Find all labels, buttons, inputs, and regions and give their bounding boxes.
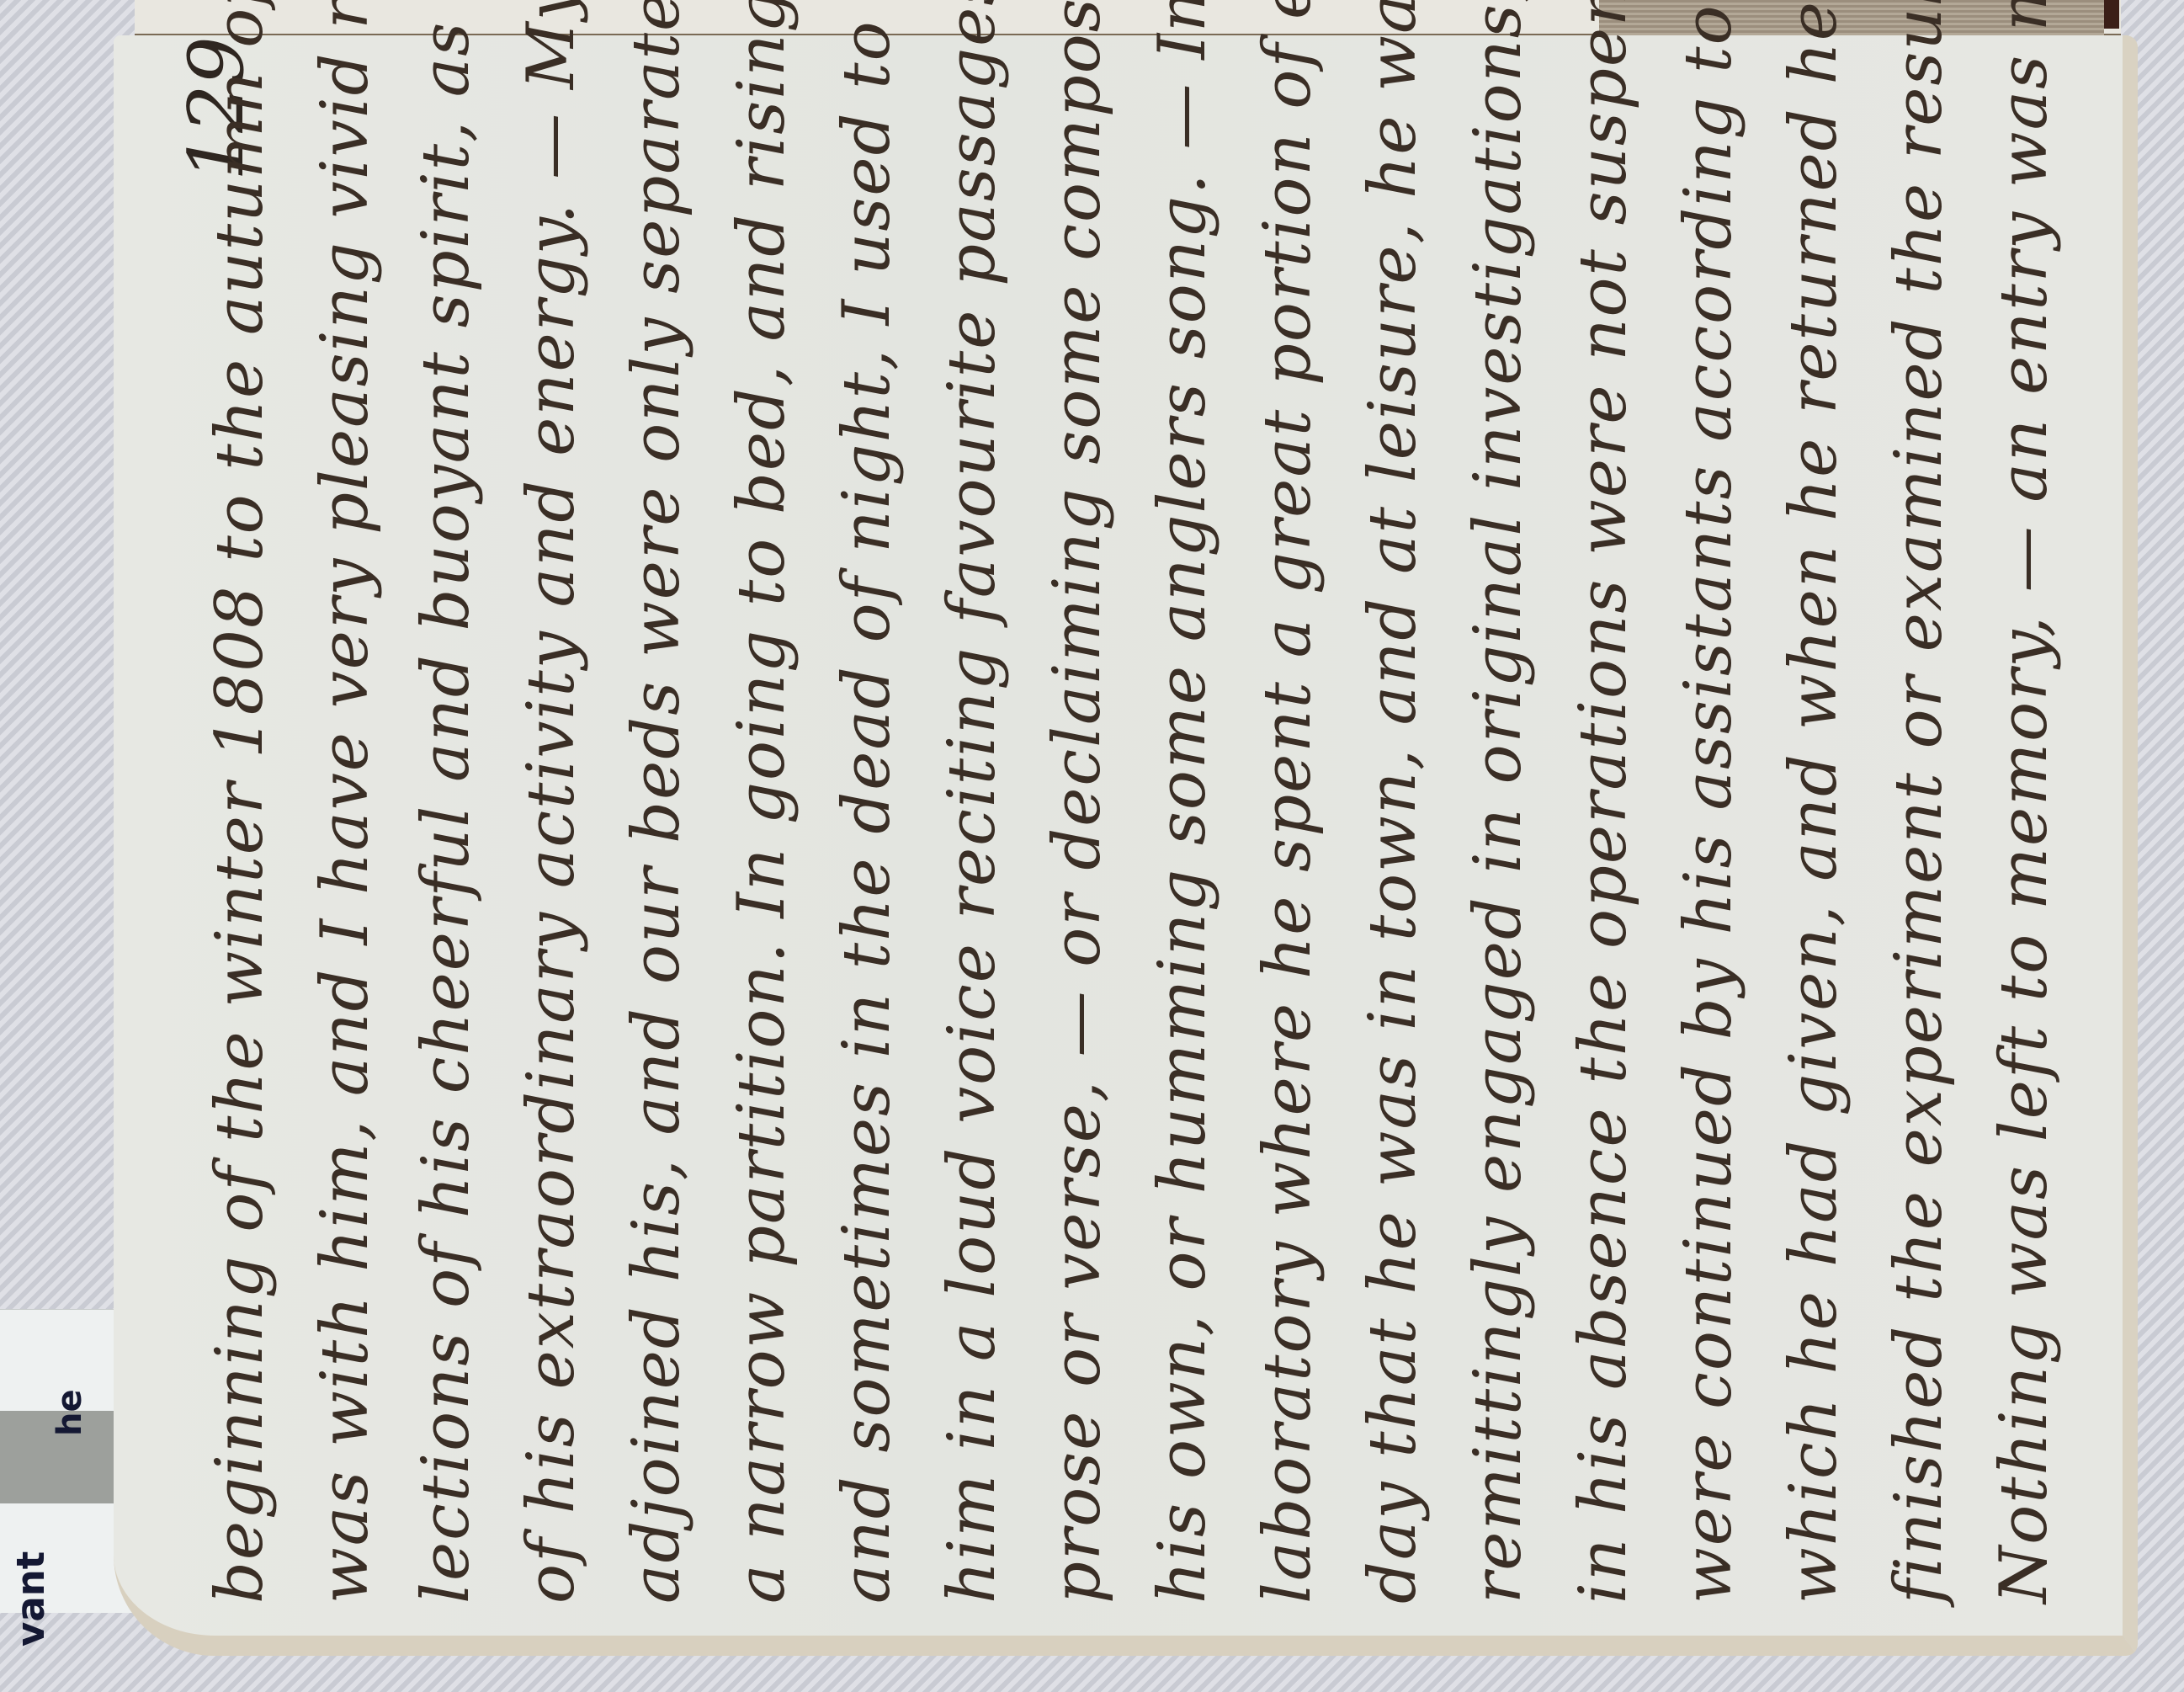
- text-line: him in a loud voice reciting favourite p…: [934, 0, 1010, 1604]
- sticky-note-text: he: [50, 1389, 89, 1436]
- text-line: were continued by his assistants accordi…: [1671, 0, 1746, 1604]
- text-line: was with him, and I have very pleasing v…: [307, 0, 383, 1604]
- text-line: and sometimes in the dead of night, I us…: [829, 0, 905, 1604]
- text-line: in his absence the operations were not s…: [1565, 0, 1641, 1604]
- text-line: which he had given, and when he returned…: [1776, 0, 1852, 1604]
- text-line: day that he was in town, and at leisure,…: [1355, 0, 1431, 1604]
- text-line: Nothing was left to memory, — an entry w…: [1986, 0, 2062, 1604]
- text-line: finished the experiment or examined the …: [1881, 0, 1957, 1604]
- text-line: laboratory where he spent a great portio…: [1250, 0, 1326, 1604]
- text-line: his own, or humming some anglers song. —…: [1145, 0, 1220, 1604]
- text-line: of his extraordinary activity and energy…: [513, 0, 589, 1604]
- text-line: prose or verse, — or declaiming some com…: [1039, 0, 1115, 1604]
- text-line: lections of his cheerful and buoyant spi…: [408, 0, 484, 1604]
- book-cover-edge: [2104, 0, 2119, 29]
- text-line: adjoined his, and our beds were only sep…: [619, 0, 694, 1604]
- text-line: a narrow partition. In going to bed, and…: [724, 0, 800, 1604]
- text-line: beginning of the winter 1808 to the autu…: [202, 0, 278, 1604]
- sticky-note-text: vant: [8, 1551, 53, 1647]
- text-line: remittingly engaged in original investig…: [1460, 0, 1536, 1604]
